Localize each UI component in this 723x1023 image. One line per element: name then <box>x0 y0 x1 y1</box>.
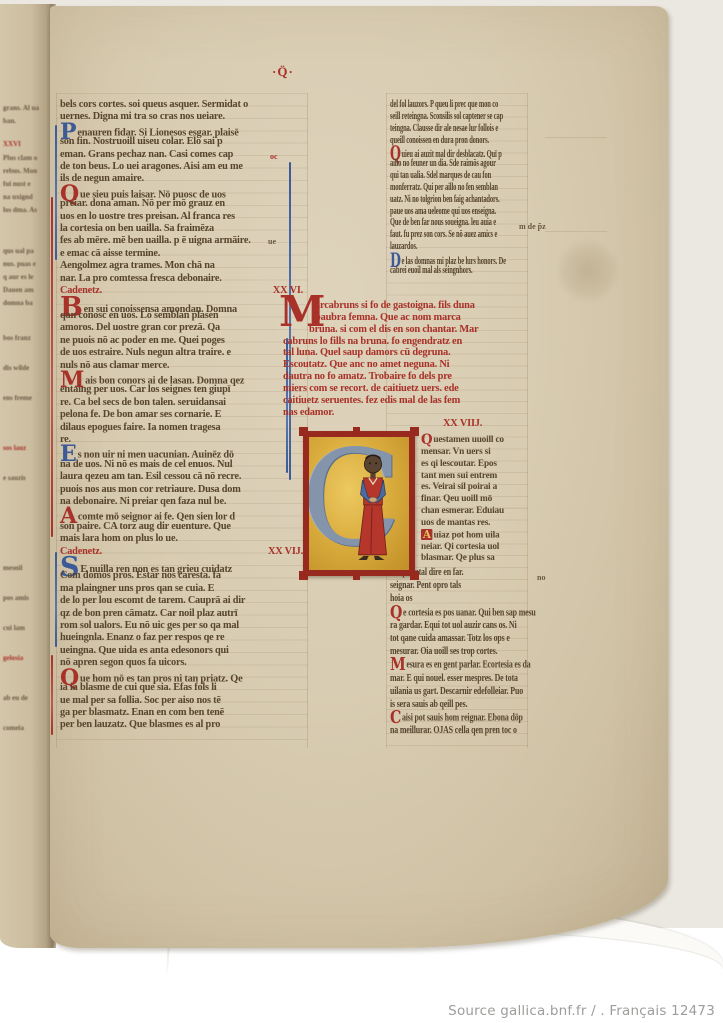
manuscript-line: de uos estraire. Nuls negun altra traire… <box>60 347 303 359</box>
manuscript-line: pelona fe. De bon amar ses cornarie. E <box>60 409 303 421</box>
quire-mark: ·Q̈· <box>272 64 294 80</box>
gutter-fragment: pos amis <box>3 594 53 602</box>
manuscript-line: dautra no fo amatz. Trobaire fo dels pre <box>283 371 518 383</box>
manuscript-line: ga per blasmatz. Enan en com ben tenē <box>60 707 303 719</box>
manuscript-line: fes ab mēre. mē ben uailla. p ē uigna ar… <box>60 235 303 247</box>
manuscript-line: Qe cortesia es pos uanar. Qui ben sap me… <box>390 606 556 619</box>
manuscript-line: seill reteingna. Sconsilis sol captener … <box>390 111 566 123</box>
manuscript-line: son paire. CA torz aug dir euenture. Que <box>60 521 303 533</box>
manuscript-line: nō apren segon quos fa uicors. <box>60 657 303 669</box>
manuscript-line: Quieu ai auzit mal dir desblacatz. Quī p <box>390 146 566 158</box>
manuscript-line: aillo no feuner un dia. Sde raimōs agour <box>390 158 566 170</box>
manuscript-line: qui tan ualia. Sdel marques de cau fon <box>390 170 566 182</box>
manuscript-line: XX VIIJ. <box>283 418 518 430</box>
vida-rubric: arcabruns si fo de gastoigna. fils dunap… <box>283 300 518 430</box>
manuscript-line: dilaus epogues faire. Ia nomen tragesa <box>60 422 303 434</box>
manuscript-line: ia ia blasme de cui que sia. Efas fols l… <box>60 682 303 694</box>
manuscript-line: uilania us gart. Descarnir edefolleiar. … <box>390 685 556 698</box>
manuscript-line: miers com se recort. de caitiuetz uers. … <box>283 383 518 395</box>
manuscript-line: Mais bon conors ai de lasan. Domna qez <box>60 372 303 384</box>
decorated-initial-m: M <box>390 658 406 672</box>
gutter-fragment: gelosia <box>3 654 53 662</box>
gutter-fragment: los dma. As <box>3 206 53 214</box>
manuscript-line: Com domos pros. Estar nos caresta. fa <box>60 570 303 582</box>
manuscript-line: Cadenetz.XX VIJ. <box>60 546 303 558</box>
frame-knob <box>353 427 360 434</box>
manuscript-line: re. <box>60 434 303 446</box>
manuscript-line: Auiaz pot hom uila <box>421 529 524 541</box>
manuscript-line: nuls nō aus clamar merce. <box>60 360 303 372</box>
gutter-fragment: e sauzis <box>3 474 53 482</box>
manuscript-line: hueingnla. Enanz o faz per respos qe re <box>60 632 303 644</box>
manuscript-line: na de uos. Ni nō es mais de cel enuos. N… <box>60 459 303 471</box>
pen-flourish <box>51 655 53 735</box>
manuscript-line: es. Veirai sil poirai a <box>421 481 524 493</box>
manuscript-line: faut. fu prez son cors. Se nō auez amics… <box>390 229 566 241</box>
manuscript-line: bruna. si com el dis en son chantar. Mar <box>283 324 518 336</box>
manuscript-line: SE nuilla ren non es tan grieu cuidatz <box>60 558 303 570</box>
manuscript-line: qan conosc en uos. Lo semblan plasen <box>60 310 303 322</box>
manuscript-line: tot qane cuida amassar. Totz los ops e <box>390 632 556 645</box>
manuscript-line: Acomte mō seignor ai fe. Qen sien lor d <box>60 508 303 520</box>
pen-flourish <box>55 552 57 647</box>
gutter-fragment: dis wilde <box>3 364 53 372</box>
manuscript-line: caitiuetz seruentes. fez edis mal de las… <box>283 395 518 407</box>
manuscript-line: Penauren fidar. Si Lionesos esgar. plais… <box>60 124 303 136</box>
gutter-fragment: na uxignd <box>3 193 53 201</box>
margin-note: ue <box>268 237 276 246</box>
manuscript-line: lauzardos. <box>390 241 566 253</box>
gutter-fragment: Plus clam o <box>3 154 53 162</box>
previous-page-edge: grans. Al uaban.XXVIPlus clam orebus. Mo… <box>0 4 56 948</box>
manuscript-line: mesurar. Oia uoill ses trop cortes. <box>390 645 556 658</box>
frame-knob <box>410 571 419 580</box>
manuscript-line: e emac cā aisse termine. <box>60 248 303 260</box>
manuscript-line: preiar. dona aman. Nō per mō grauz en <box>60 198 303 210</box>
left-column: bels cors cortes. soi queus asquer. Serm… <box>60 99 303 732</box>
gutter-fragment: qus ual pa <box>3 247 53 255</box>
gutter-fragment: ban. <box>3 117 53 125</box>
frame-knob <box>299 571 308 580</box>
gutter-fragment: nus. puas e <box>3 260 53 268</box>
manuscript-line: del fol lauzors. P queu li prec que mon … <box>390 99 566 111</box>
frame-knob <box>299 427 308 436</box>
manuscript-line: mensar. Vn uers si <box>421 446 524 458</box>
right-column-bottom: ō sap matal dire en far.seignar. Pent op… <box>390 566 556 737</box>
manuscript-line: Questamen uuoill co <box>421 434 524 446</box>
manuscript-line: rom sol ualors. Eu nō uic ges per so qa … <box>60 620 303 632</box>
source-bar: Source gallica.bnf.fr / . Français 12473 <box>0 999 723 1023</box>
manuscript-line: es qi lescoutar. Epos <box>421 458 524 470</box>
manuscript-line: paubra femna. Que ac nom marca <box>283 312 518 324</box>
manuscript-line: qz de bon pren cāmatz. Car noil plaz aut… <box>60 608 303 620</box>
frame-knob <box>410 427 419 436</box>
decorated-initial-q: Q <box>390 606 402 620</box>
manuscript-line: la cortesia on ben uailla. Sa fraimēza <box>60 223 303 235</box>
manuscript-line: entaing per uos. Car los seignes ten giu… <box>60 384 303 396</box>
ink-showthrough <box>558 240 618 302</box>
gutter-fragment: mesnil <box>3 564 53 572</box>
manuscript-line: paue uos ama ueleome qui uos enseigna. <box>390 206 566 218</box>
manuscript-line: bels cors cortes. soi queus asquer. Serm… <box>60 99 303 111</box>
manuscript-line: hoia os <box>390 592 556 605</box>
margin-note: no <box>537 573 545 582</box>
manuscript-line: chan esmerar. Eduiau <box>421 505 524 517</box>
gutter-fragment: sos lauz <box>3 444 53 452</box>
manuscript-line: mais lara hom on plus lo ue. <box>60 533 303 545</box>
gutter-fragment: Dauen am <box>3 286 53 294</box>
manuscript-line: ne puois nō ac poder en me. Quei poges <box>60 335 303 347</box>
manuscript-line: ue mal per sa follia. Soc per aiso nos t… <box>60 695 303 707</box>
manuscript-line: blasmar. Qe plus sa <box>421 552 524 564</box>
right-column-top: del fol lauzors. P queu li prec que mon … <box>390 99 566 277</box>
manuscript-line: Caisi pot sauis hom reignar. Ebona dōp <box>390 711 556 724</box>
frame-knob <box>353 573 360 580</box>
pen-flourish <box>51 197 53 537</box>
manuscript-line: uos en lo uostre tres preisan. Al franca… <box>60 211 303 223</box>
gutter-fragment: cui lam <box>3 624 53 632</box>
manuscript-line: Aengolmez agra trames. Mon chā na <box>60 260 303 272</box>
gutter-fragment: ens freme <box>3 394 53 402</box>
manuscript-line: nas edamor. <box>283 407 518 419</box>
manuscript-line: Que sieu puis laisar. Nō puosc de uos <box>60 186 303 198</box>
manuscript-line: Es non uir ni men uacunian. Auinēz dō <box>60 446 303 458</box>
manuscript-line: uernes. Digna mi tra so cras nos ueiare. <box>60 111 303 123</box>
manuscript-photo: grans. Al uaban.XXVIPlus clam orebus. Mo… <box>0 0 723 1023</box>
gutter-fragment: q aur es le <box>3 273 53 281</box>
manuscript-line: na meillurar. OJAS cella qen pren toc o <box>390 724 556 737</box>
manuscript-line: na debonaire. Ni preiar qen faza nul be. <box>60 496 303 508</box>
right-column-beside-initial: Questamen uuoill comensar. Vn uers sies … <box>421 434 524 564</box>
manuscript-line: is sera sauis ab qeill pes. <box>390 698 556 711</box>
manuscript-line: puois nos aus mon cor retriaure. Dusa do… <box>60 484 303 496</box>
marcabru-figure <box>347 448 399 566</box>
manuscript-line: amoros. Del uostre gran cor prezā. Qa <box>60 322 303 334</box>
manuscript-line: uatz. Ni no tolgrion ben faig achantador… <box>390 194 566 206</box>
margin-note: m de p̃z <box>519 222 546 231</box>
gutter-fragment: domna ba <box>3 299 53 307</box>
gutter-fragment: fui nust e <box>3 180 53 188</box>
manuscript-line: teingna. Clausse dir ale nesae lur follo… <box>390 123 566 135</box>
manuscript-line: seignar. Pent opro tals <box>390 579 556 592</box>
source-text: Source gallica.bnf.fr / . Français 12473 <box>448 1003 715 1019</box>
manuscript-line: monferratz. Qui per aillo no fen semblan <box>390 182 566 194</box>
manuscript-line: ra gardar. Equi tot uol auzir cans os. N… <box>390 619 556 632</box>
manuscript-line: Ben sui conoissensa amondan. Domna <box>60 298 303 310</box>
manuscript-line: ils de negun amaire. <box>60 173 303 185</box>
manuscript-line: laura qezeu am tan. Esil cessou cā nō re… <box>60 471 303 483</box>
historiated-initial: C <box>303 431 415 576</box>
manuscript-line: mar. E qui nouel. esser mespres. De tota <box>390 672 556 685</box>
manuscript-line: tal luna. Quel saup damors cū degruna. <box>283 347 518 359</box>
manuscript-line: neiar. Qi cortesia uol <box>421 541 524 553</box>
manuscript-line: ueingna. Que uida es anta edesonors qui <box>60 645 303 657</box>
manuscript-line: Que hom nō es tan pros ni tan priatz. Qe <box>60 670 303 682</box>
gutter-fragment: XXVI <box>3 140 53 148</box>
manuscript-line: eman. Grans pechaz nan. Casi comes cap <box>60 149 303 161</box>
manuscript-line: son fin. Nostruoill uiseu colar. Elo sai… <box>60 136 303 148</box>
manuscript-line: Cadenetz.XX VI. <box>60 285 303 297</box>
manuscript-line: nar. La pro comtessa fresca debonaire. <box>60 273 303 285</box>
gold-ground: C <box>309 437 409 570</box>
pen-flourish <box>55 125 57 260</box>
manuscript-line: ma plaingner uns pros qan se cuia. E <box>60 583 303 595</box>
manuscript-line: De las domnas mi plaz be lurs honors. De <box>390 253 566 265</box>
manuscript-line: tant men sui entrem <box>421 470 524 482</box>
decorated-initial-c: C <box>390 711 401 725</box>
manuscript-line: Escoutatz. Que anc no amet neguna. Ni <box>283 359 518 371</box>
decorated-initial-q: Q <box>421 435 432 446</box>
gutter-fragment: comeia <box>3 724 53 732</box>
gutter-fragment: grans. Al ua <box>3 104 53 112</box>
manuscript-line: de ton beus. Lo uei aragones. Aisi am eu… <box>60 161 303 173</box>
margin-note: oc <box>270 152 278 161</box>
decorated-initial-a: A <box>421 529 433 540</box>
manuscript-line: re. Ca bel secs de bon talen. seruidansa… <box>60 397 303 409</box>
manuscript-line: finar. Qeu uoill mō <box>421 493 524 505</box>
manuscript-line: queill conoissen en dura pron donors. <box>390 135 566 147</box>
manuscript-line: per ben lauzatz. Que blasmes es al pro <box>60 719 303 731</box>
manuscript-line: Mesura es en gent parlar. Ecortesia es d… <box>390 658 556 671</box>
manuscript-line: arcabruns si fo de gastoigna. fils duna <box>283 300 518 312</box>
manuscript-line: de lo per lou escomt de tarem. Cauprā ai… <box>60 595 303 607</box>
manuscript-line: cabruns lo fills na bruna. fo engendratz… <box>283 336 518 348</box>
gutter-fragment: ab eu de <box>3 694 53 702</box>
gutter-fragment: bos franz <box>3 334 53 342</box>
manuscript-line: uos de mantas res. <box>421 517 524 529</box>
gutter-fragment: rebus. Mon <box>3 167 53 175</box>
